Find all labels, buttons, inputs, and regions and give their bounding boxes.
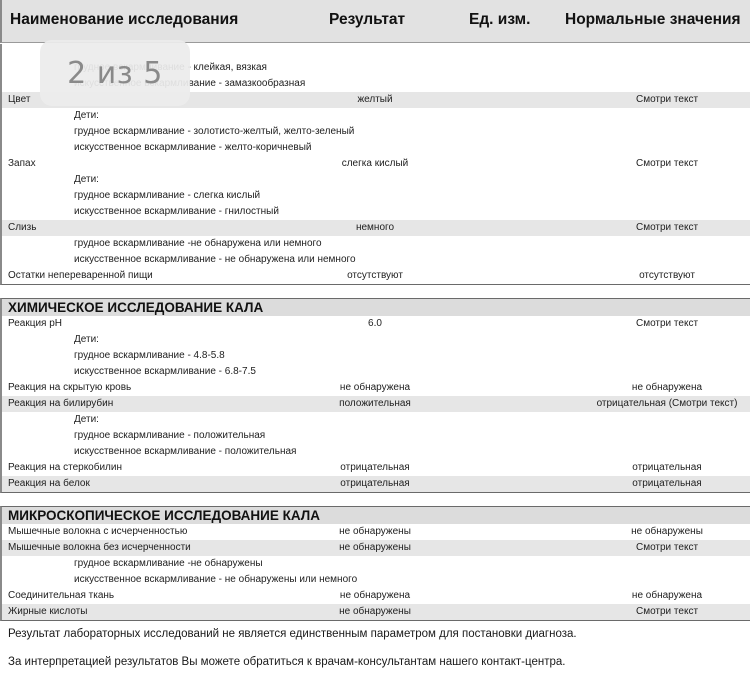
test-result: желтый [357, 92, 392, 108]
table-row: Реакция на стеркобилинотрицательнаяотриц… [2, 460, 750, 476]
test-result: отрицательная [340, 476, 409, 492]
table-row: Мышечные волокна с исчерченностьюне обна… [2, 524, 750, 540]
reference-note: грудное вскармливание - 4.8-5.8 [2, 348, 750, 364]
table-row: Запахслегка кислыйСмотри текст [2, 156, 750, 172]
section-microscopic: МИКРОСКОПИЧЕСКОЕ ИССЛЕДОВАНИЕ КАЛА Мышеч… [0, 506, 750, 621]
note-text: грудное вскармливание -не обнаружены [74, 556, 263, 572]
reference-value: отсутствуют [639, 268, 695, 284]
test-result: не обнаружены [339, 524, 411, 540]
reference-note: грудное вскармливание - положительная [2, 428, 750, 444]
note-text: искусственное вскармливание - желто-кори… [74, 140, 311, 156]
table-row: СлизьнемногоСмотри текст [2, 220, 750, 236]
note-text: грудное вскармливание -не обнаружена или… [74, 236, 322, 252]
reference-note: Дети: [2, 332, 750, 348]
test-name: Остатки непереваренной пищи [8, 268, 153, 284]
column-header-result: Результат [329, 11, 405, 29]
table-row: Мышечные волокна без исчерченностине обн… [2, 540, 750, 556]
test-name: Соединительная ткань [8, 588, 114, 604]
table-row: Реакция на билирубинположительнаяотрицат… [2, 396, 750, 412]
note-text: грудное вскармливание - 4.8-5.8 [74, 348, 225, 364]
reference-value: отрицательная (Смотри текст) [597, 396, 738, 412]
note-text: грудное вскармливание - слегка кислый [74, 188, 260, 204]
contact-center-note: За интерпретацией результатов Вы можете … [8, 656, 565, 668]
reference-value: отрицательная [632, 460, 701, 476]
reference-value: не обнаружена [632, 588, 702, 604]
reference-value: не обнаружена [632, 380, 702, 396]
note-text: Дети: [74, 412, 99, 428]
column-header-unit: Ед. изм. [469, 11, 530, 29]
reference-value: не обнаружены [631, 524, 703, 540]
table-row: Соединительная тканьне обнаруженане обна… [2, 588, 750, 604]
note-text: искусственное вскармливание - не обнаруж… [74, 252, 356, 268]
note-text: искусственное вскармливание - не обнаруж… [74, 572, 357, 588]
test-result: не обнаружена [340, 588, 410, 604]
test-result: не обнаружены [339, 604, 411, 620]
section-title: МИКРОСКОПИЧЕСКОЕ ИССЛЕДОВАНИЕ КАЛА [2, 507, 750, 524]
test-result: 6.0 [368, 316, 382, 332]
reference-note: Дети: [2, 172, 750, 188]
reference-value: Смотри текст [636, 92, 698, 108]
test-result: положительная [339, 396, 411, 412]
test-name: Реакция на белок [8, 476, 90, 492]
note-text: Дети: [74, 172, 99, 188]
note-text: искусственное вскармливание - 6.8-7.5 [74, 364, 256, 380]
reference-note: грудное вскармливание -не обнаружена или… [2, 236, 750, 252]
test-result: отрицательная [340, 460, 409, 476]
test-result: немного [356, 220, 394, 236]
note-text: грудное вскармливание - золотисто-желтый… [74, 124, 354, 140]
test-name: Жирные кислоты [8, 604, 87, 620]
reference-value: Смотри текст [636, 156, 698, 172]
test-name: Мышечные волокна без исчерченности [8, 540, 191, 556]
test-result: слегка кислый [342, 156, 409, 172]
reference-note: искусственное вскармливание - гнилостный [2, 204, 750, 220]
test-name: Слизь [8, 220, 36, 236]
table-row: Реакция на белокотрицательнаяотрицательн… [2, 476, 750, 492]
column-header-norm: Нормальные значения [565, 11, 741, 29]
reference-note: грудное вскармливание - слегка кислый [2, 188, 750, 204]
reference-note: грудное вскармливание -не обнаружены [2, 556, 750, 572]
table-row: Реакция на скрытую кровьне обнаруженане … [2, 380, 750, 396]
column-header-name: Наименование исследования [10, 11, 238, 29]
test-name: Реакция pH [8, 316, 62, 332]
note-text: грудное вскармливание - положительная [74, 428, 265, 444]
test-result: не обнаружены [339, 540, 411, 556]
note-text: Дети: [74, 332, 99, 348]
reference-value: Смотри текст [636, 316, 698, 332]
disclaimer-text: Результат лабораторных исследований не я… [8, 628, 577, 640]
test-name: Цвет [8, 92, 30, 108]
reference-note: искусственное вскармливание - 6.8-7.5 [2, 364, 750, 380]
test-result: отсутствуют [347, 268, 403, 284]
test-name: Реакция на билирубин [8, 396, 113, 412]
reference-note: Дети: [2, 108, 750, 124]
test-result: не обнаружена [340, 380, 410, 396]
note-text: искусственное вскармливание - гнилостный [74, 204, 279, 220]
test-name: Запах [8, 156, 36, 172]
reference-note: искусственное вскармливание - не обнаруж… [2, 252, 750, 268]
section-chemical: ХИМИЧЕСКОЕ ИССЛЕДОВАНИЕ КАЛА Реакция pH6… [0, 298, 750, 493]
reference-value: Смотри текст [636, 540, 698, 556]
reference-value: Смотри текст [636, 220, 698, 236]
table-row: Остатки непереваренной пищиотсутствуютот… [2, 268, 750, 284]
table-row: Жирные кислотыне обнаруженыСмотри текст [2, 604, 750, 620]
reference-note: Дети: [2, 412, 750, 428]
section-title: ХИМИЧЕСКОЕ ИССЛЕДОВАНИЕ КАЛА [2, 299, 750, 316]
reference-value: Смотри текст [636, 604, 698, 620]
page-indicator: 2 из 5 [40, 40, 190, 106]
reference-note: грудное вскармливание - золотисто-желтый… [2, 124, 750, 140]
reference-note: искусственное вскармливание - желто-кори… [2, 140, 750, 156]
table-header: Наименование исследования Результат Ед. … [0, 0, 750, 43]
reference-note: искусственное вскармливание - положитель… [2, 444, 750, 460]
table-row: Реакция pH6.0Смотри текст [2, 316, 750, 332]
test-name: Мышечные волокна с исчерченностью [8, 524, 187, 540]
reference-note: искусственное вскармливание - не обнаруж… [2, 572, 750, 588]
test-name: Реакция на скрытую кровь [8, 380, 131, 396]
reference-value: отрицательная [632, 476, 701, 492]
note-text: искусственное вскармливание - положитель… [74, 444, 296, 460]
note-text: Дети: [74, 108, 99, 124]
test-name: Реакция на стеркобилин [8, 460, 122, 476]
